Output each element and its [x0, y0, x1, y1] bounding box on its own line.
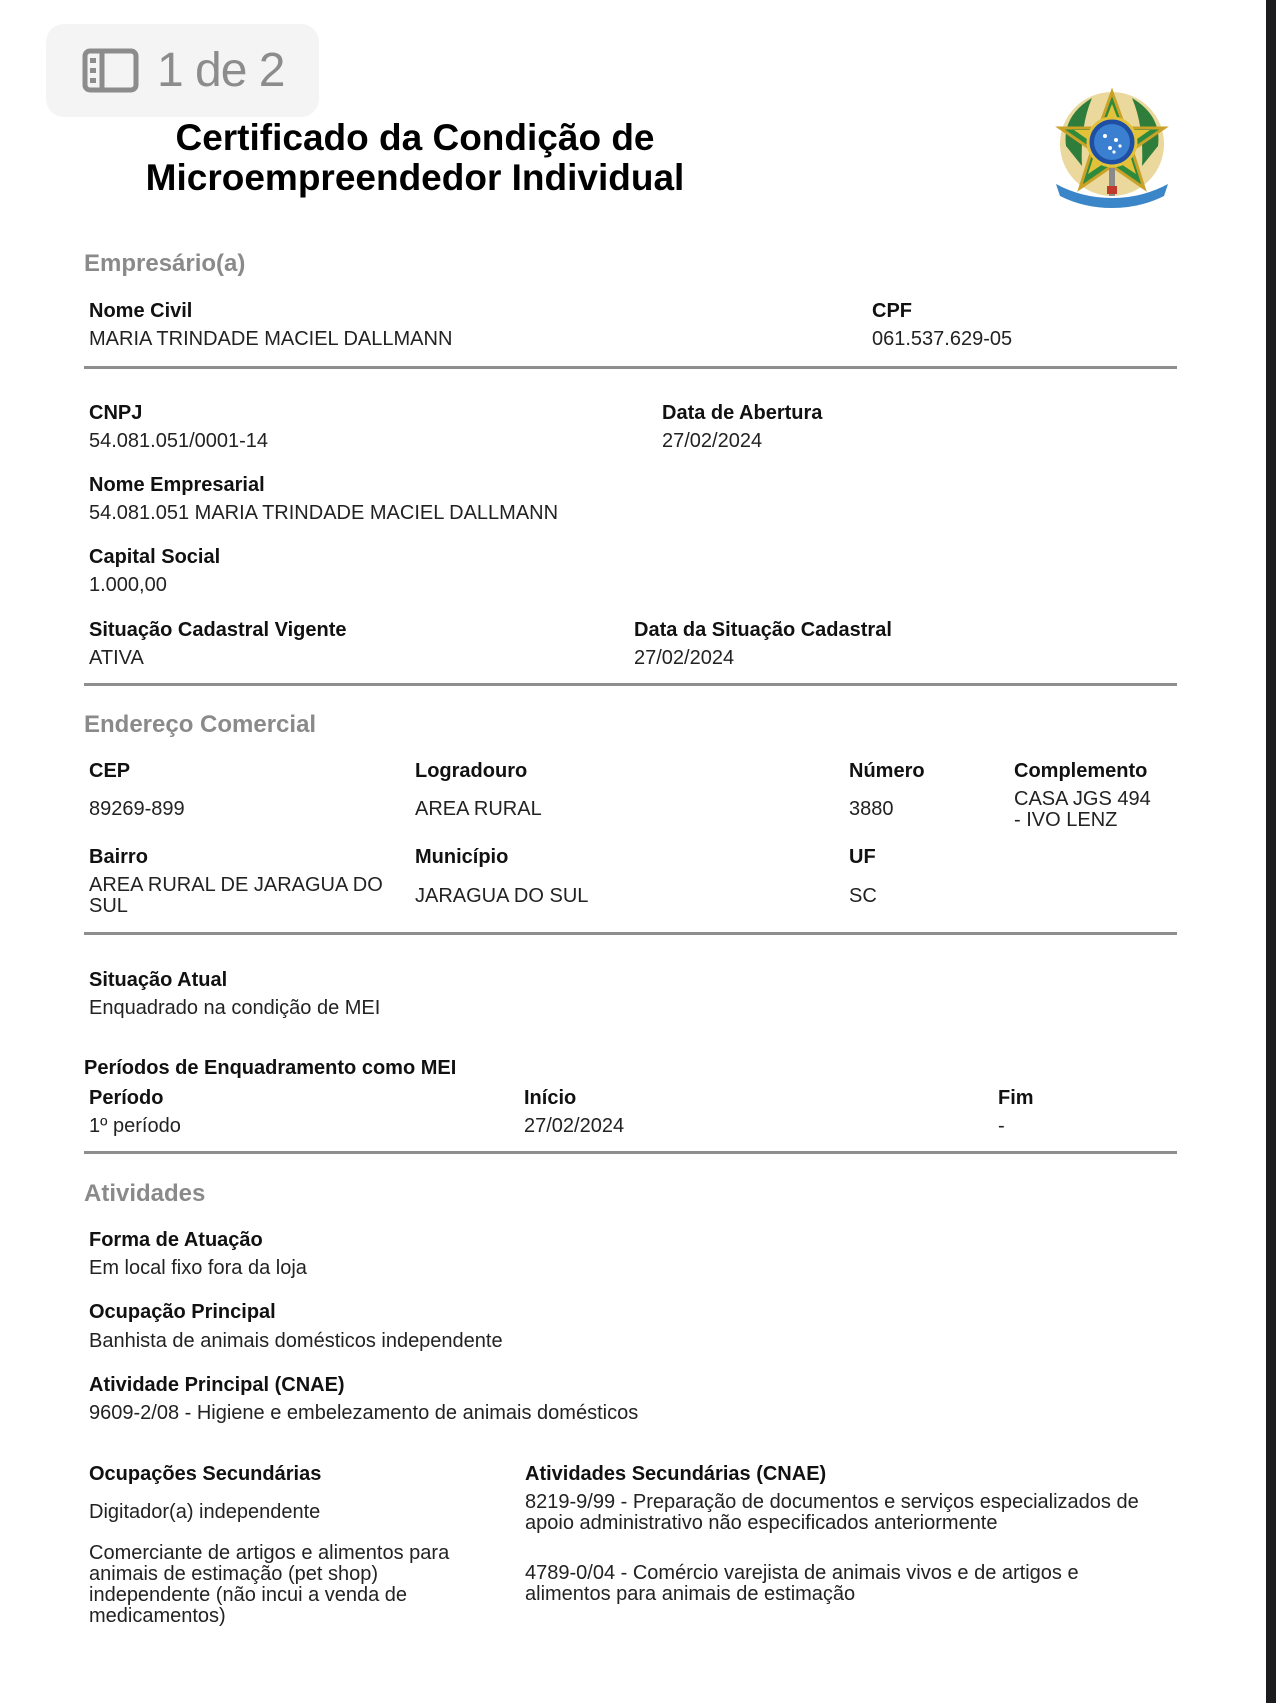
- atividade-secundaria-line: alimentos para animais de estimação: [525, 1584, 855, 1605]
- atividade-secundaria-line: 4789-0/04 - Comércio varejista de animai…: [525, 1563, 1079, 1584]
- complemento-label: Complemento: [1014, 760, 1147, 783]
- cnpj-value: 54.081.051/0001-14: [89, 431, 268, 452]
- atividade-secundaria-line: 8219-9/99 - Preparação de documentos e s…: [525, 1492, 1139, 1513]
- page-indicator-label: 1 de 2: [157, 43, 284, 98]
- uf-value: SC: [849, 886, 877, 907]
- ocupacao-secundaria-item: Digitador(a) independente: [89, 1502, 320, 1523]
- bairro-value-line2: SUL: [89, 896, 128, 917]
- fim-cell: -: [998, 1116, 1005, 1137]
- logradouro-value: AREA RURAL: [415, 799, 542, 820]
- atividades-secundarias-label: Atividades Secundárias (CNAE): [525, 1463, 826, 1486]
- bairro-value-line1: AREA RURAL DE JARAGUA DO: [89, 875, 383, 896]
- municipio-label: Município: [415, 846, 508, 869]
- divider: [84, 683, 1177, 686]
- data-situacao-label: Data da Situação Cadastral: [634, 619, 892, 642]
- ocupacao-secundaria-line: independente (não incui a venda de: [89, 1585, 407, 1606]
- section-title-atividades: Atividades: [84, 1180, 205, 1208]
- section-title-endereco: Endereço Comercial: [84, 711, 316, 739]
- cpf-value: 061.537.629-05: [872, 329, 1012, 350]
- divider: [84, 1151, 1177, 1154]
- uf-label: UF: [849, 846, 876, 869]
- situacao-atual-label: Situação Atual: [89, 969, 227, 992]
- periodo-cell: 1º período: [89, 1116, 181, 1137]
- capital-social-label: Capital Social: [89, 546, 220, 569]
- atividade-secundaria-line: apoio administrativo não especificados a…: [525, 1513, 998, 1534]
- complemento-value-line1: CASA JGS 494: [1014, 789, 1151, 810]
- sidebar-icon: [82, 48, 139, 93]
- nome-civil-value: MARIA TRINDADE MACIEL DALLMANN: [89, 329, 452, 350]
- complemento-value-line2: - IVO LENZ: [1014, 810, 1117, 831]
- numero-value: 3880: [849, 799, 894, 820]
- atividade-principal-label: Atividade Principal (CNAE): [89, 1374, 345, 1397]
- document-page: 1 de 2 Certificado da Condição de Microe…: [0, 0, 1266, 1703]
- atividade-principal-value: 9609-2/08 - Higiene e embelezamento de a…: [89, 1403, 638, 1424]
- page-indicator-button[interactable]: 1 de 2: [46, 24, 319, 117]
- ocupacoes-secundarias-label: Ocupações Secundárias: [89, 1463, 321, 1486]
- logradouro-label: Logradouro: [415, 760, 527, 783]
- ocupacao-secundaria-line: medicamentos): [89, 1606, 226, 1627]
- divider: [84, 932, 1177, 935]
- situacao-cadastral-label: Situação Cadastral Vigente: [89, 619, 347, 642]
- nome-empresarial-value: 54.081.051 MARIA TRINDADE MACIEL DALLMAN…: [89, 503, 558, 524]
- cnpj-label: CNPJ: [89, 402, 142, 425]
- situacao-cadastral-value: ATIVA: [89, 648, 144, 669]
- cep-label: CEP: [89, 760, 130, 783]
- periodos-col-fim: Fim: [998, 1087, 1034, 1110]
- forma-atuacao-label: Forma de Atuação: [89, 1229, 263, 1252]
- coat-of-arms-icon: [1052, 86, 1172, 212]
- periodos-col-periodo: Período: [89, 1087, 163, 1110]
- periodos-title: Períodos de Enquadramento como MEI: [84, 1057, 456, 1080]
- ocupacao-principal-label: Ocupação Principal: [89, 1301, 276, 1324]
- capital-social-value: 1.000,00: [89, 575, 167, 596]
- periodos-col-inicio: Início: [524, 1087, 576, 1110]
- ocupacao-secundaria-line: animais de estimação (pet shop): [89, 1564, 378, 1585]
- cep-value: 89269-899: [89, 799, 185, 820]
- inicio-cell: 27/02/2024: [524, 1116, 624, 1137]
- cpf-label: CPF: [872, 300, 912, 323]
- divider: [84, 366, 1177, 369]
- data-situacao-value: 27/02/2024: [634, 648, 734, 669]
- situacao-atual-value: Enquadrado na condição de MEI: [89, 998, 380, 1019]
- forma-atuacao-value: Em local fixo fora da loja: [89, 1258, 307, 1279]
- viewer-edge: [1266, 0, 1276, 1703]
- document-title: Certificado da Condição de Microempreend…: [100, 118, 730, 198]
- data-abertura-value: 27/02/2024: [662, 431, 762, 452]
- ocupacao-secundaria-line: Comerciante de artigos e alimentos para: [89, 1543, 449, 1564]
- numero-label: Número: [849, 760, 925, 783]
- nome-civil-label: Nome Civil: [89, 300, 192, 323]
- municipio-value: JARAGUA DO SUL: [415, 886, 588, 907]
- section-title-empresario: Empresário(a): [84, 250, 245, 278]
- ocupacao-principal-value: Banhista de animais domésticos independe…: [89, 1331, 503, 1352]
- bairro-label: Bairro: [89, 846, 148, 869]
- nome-empresarial-label: Nome Empresarial: [89, 474, 265, 497]
- data-abertura-label: Data de Abertura: [662, 402, 822, 425]
